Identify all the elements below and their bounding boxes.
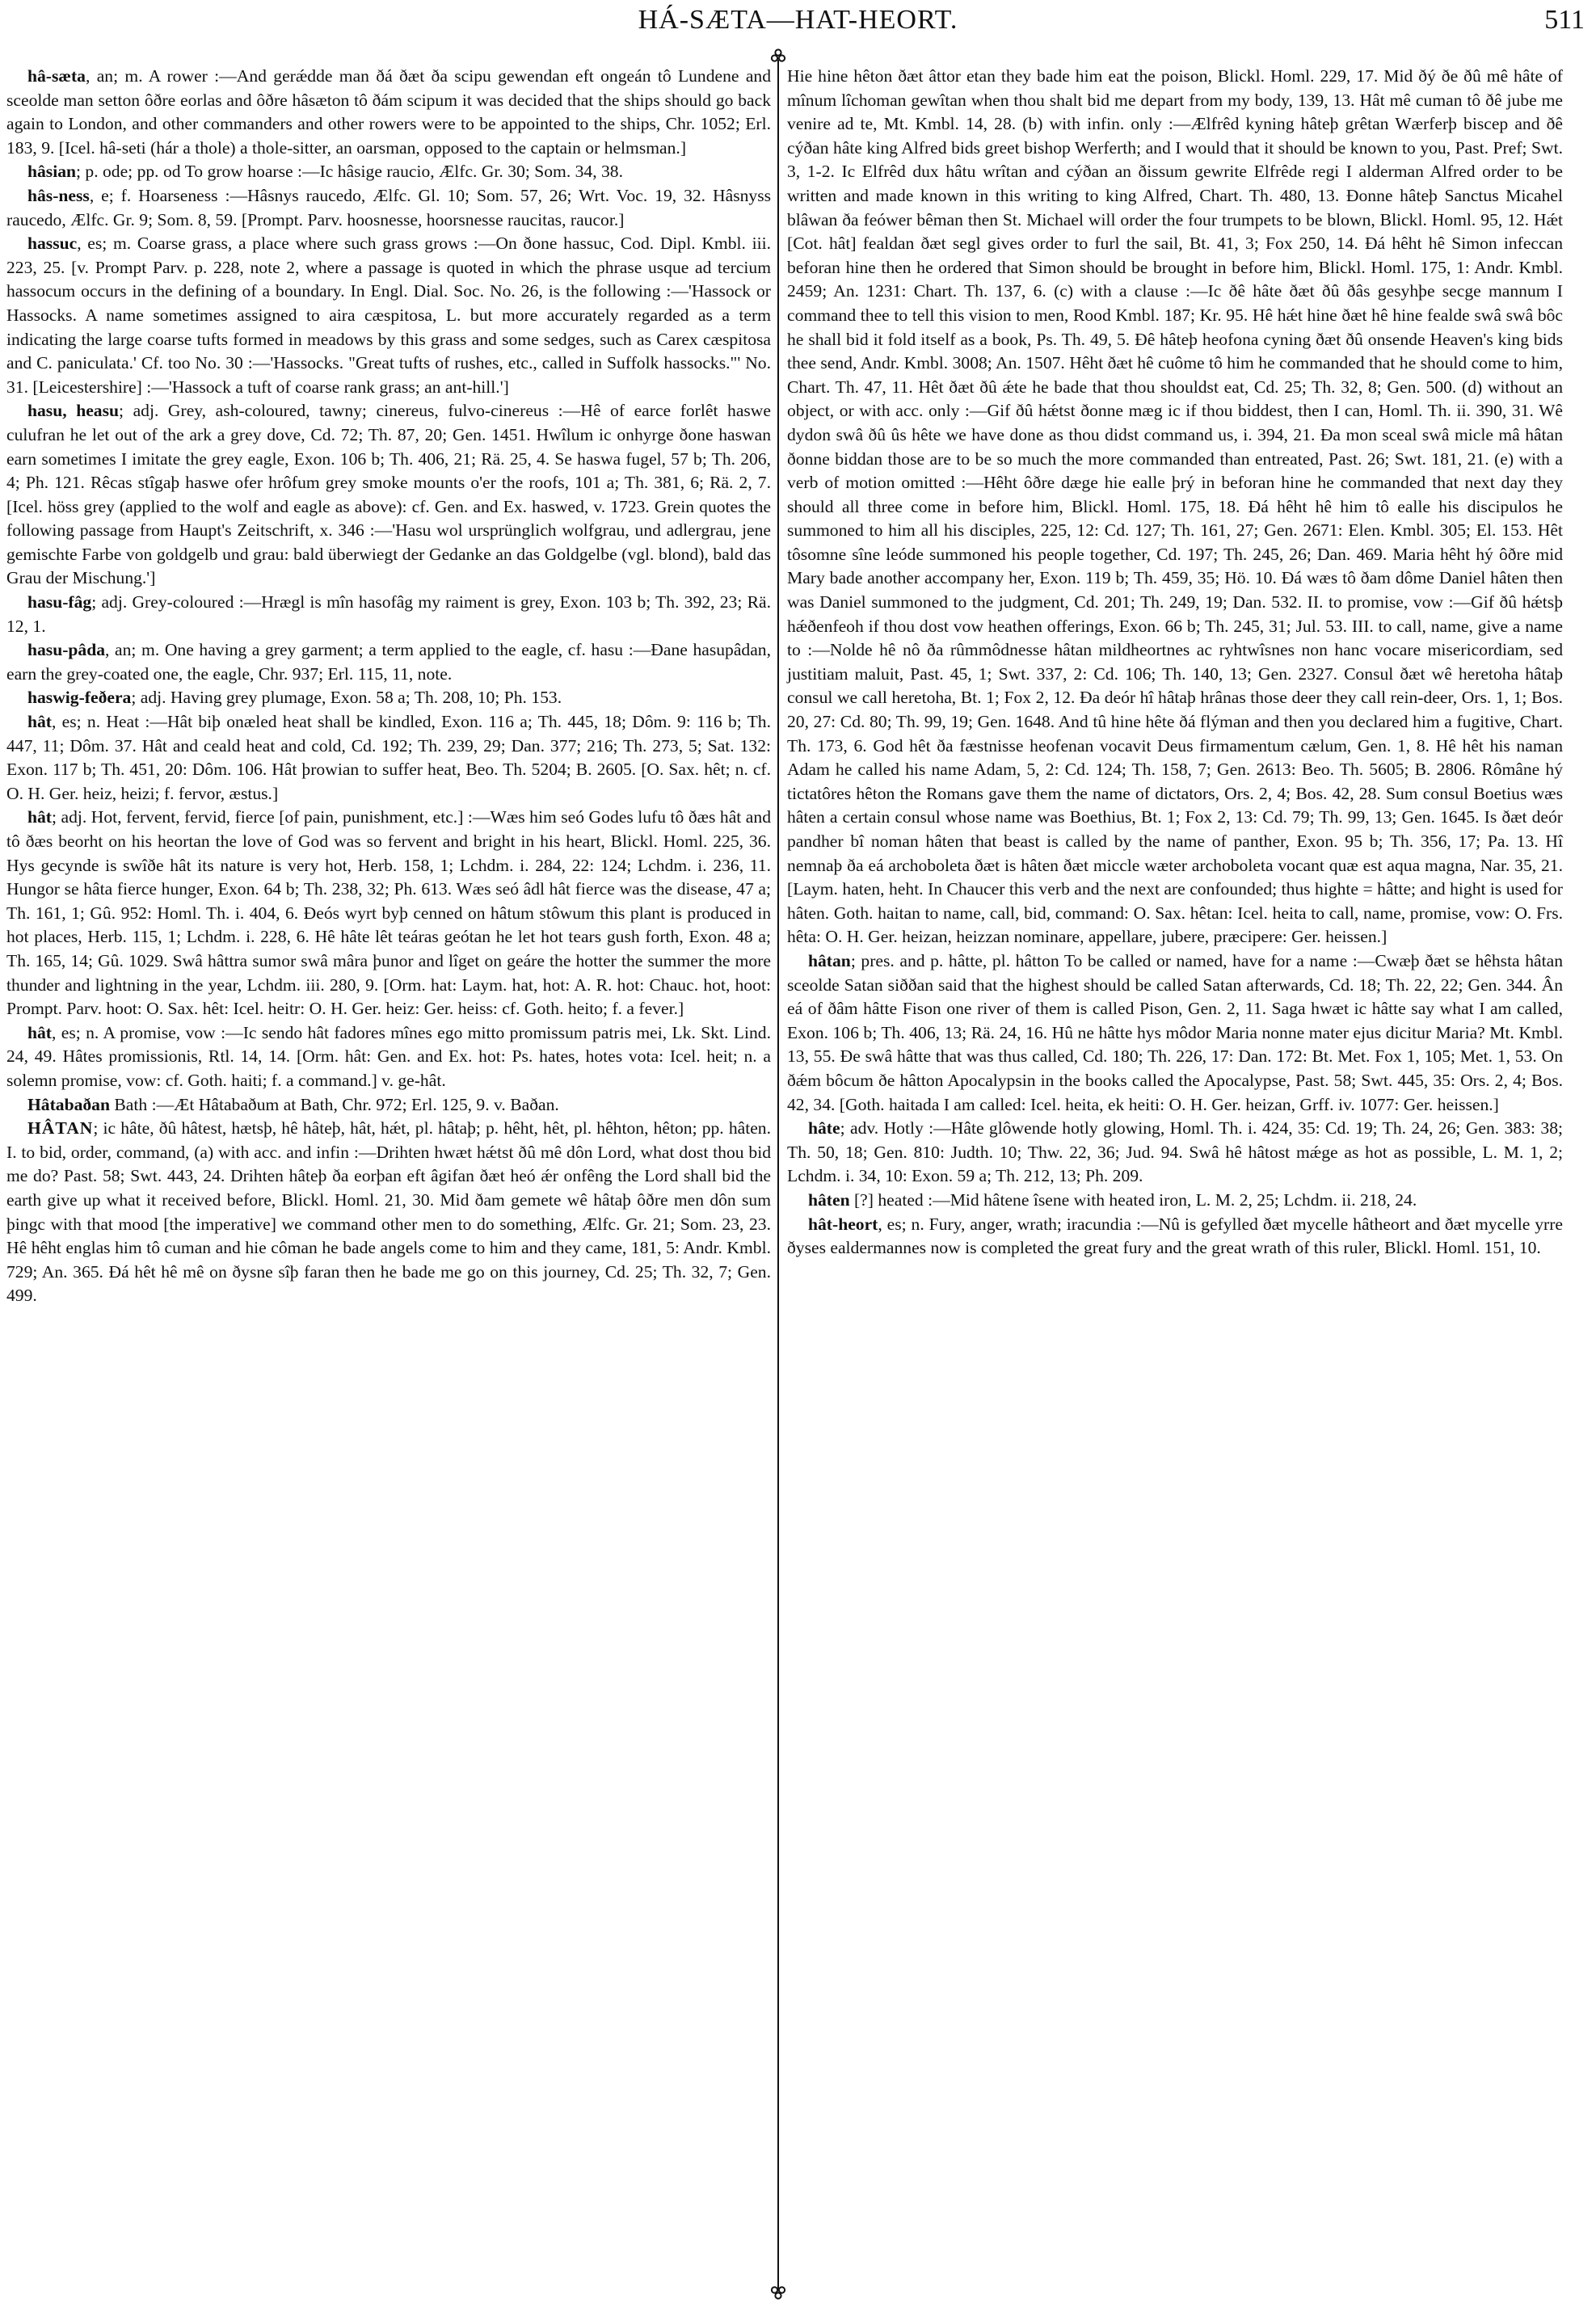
entry-body: , an; m. A rower :—And gerǽdde man ðá ðæ… (6, 66, 771, 158)
dictionary-entry: hâtan; pres. and p. hâtte, pl. hâtton To… (787, 949, 1563, 1117)
headword: hasu-fâg (27, 592, 91, 612)
entry-body: , e; f. Hoarseness :—Hâsnys raucedo, Ælf… (6, 186, 771, 229)
entry-body: ; adj. Hot, fervent, fervid, fierce [of … (6, 807, 771, 1018)
dictionary-entry: hât, es; n. A promise, vow :—Ic sendo hâ… (6, 1021, 771, 1093)
entry-body: ; p. ode; pp. od To grow hoarse :—Ic hâs… (76, 162, 623, 181)
dictionary-entry: hâten [?] heated :—Mid hâtene îsene with… (787, 1189, 1563, 1213)
entry-body: ; adj. Grey-coloured :—Hrægl is mîn haso… (6, 592, 771, 636)
entry-body: ; ic hâte, ðû hâtest, hætsþ, hê hâteþ, h… (6, 1118, 771, 1305)
headword: haswig-feðera (27, 688, 131, 707)
headword: hâ-sæta (27, 66, 86, 86)
entry-body: , es; n. Heat :—Hât biþ onæled heat shal… (6, 712, 771, 803)
headword: hâtan (808, 951, 851, 970)
entry-body: , es; m. Coarse grass, a place where suc… (6, 234, 771, 397)
column-rule-ornament-bottom-icon (770, 2280, 786, 2300)
headword: hât-heort (808, 1214, 878, 1234)
dictionary-entry: hât; adj. Hot, fervent, fervid, fierce [… (6, 806, 771, 1021)
entry-body: , an; m. One having a grey garment; a te… (6, 640, 771, 684)
dictionary-entry: hât, es; n. Heat :—Hât biþ onæled heat s… (6, 710, 771, 806)
headword: Hâtabaðan (27, 1095, 110, 1114)
right-column: Hie hine hêton ðæt âttor etan they bade … (787, 65, 1563, 1261)
headword: hât (27, 1023, 52, 1042)
dictionary-entry: HÂTAN; ic hâte, ðû hâtest, hætsþ, hê hât… (6, 1117, 771, 1308)
headword: hâten (808, 1190, 850, 1210)
entry-body: ; adv. Hotly :—Hâte glôwende hotly glowi… (787, 1118, 1563, 1185)
left-column: hâ-sæta, an; m. A rower :—And gerǽdde ma… (6, 65, 771, 1308)
entry-body: [?] heated :—Mid hâtene îsene with heate… (850, 1190, 1417, 1210)
dictionary-entry: hasu-fâg; adj. Grey-coloured :—Hrægl is … (6, 591, 771, 638)
page-header: HÁ-SÆTA—HAT-HEORT. 511 (0, 5, 1596, 40)
dictionary-entry: hâs-ness, e; f. Hoarseness :—Hâsnys rauc… (6, 184, 771, 232)
dictionary-entry: hâsian; p. ode; pp. od To grow hoarse :—… (6, 160, 771, 184)
entry-body: Hie hine hêton ðæt âttor etan they bade … (787, 66, 1563, 946)
entry-body: Bath :—Æt Hâtabaðum at Bath, Chr. 972; E… (110, 1095, 559, 1114)
headword: hâs-ness (27, 186, 90, 205)
headword: hâsian (27, 162, 76, 181)
dictionary-entry: haswig-feðera; adj. Having grey plumage,… (6, 686, 771, 710)
headword: hasu, heasu (27, 401, 119, 420)
headword: HÂTAN (27, 1118, 93, 1138)
dictionary-entry: hâ-sæta, an; m. A rower :—And gerǽdde ma… (6, 65, 771, 160)
dictionary-entry: hassuc, es; m. Coarse grass, a place whe… (6, 232, 771, 399)
dictionary-entry-continued: Hie hine hêton ðæt âttor etan they bade … (787, 65, 1563, 949)
dictionary-entry: hasu-pâda, an; m. One having a grey garm… (6, 638, 771, 686)
entry-body: , es; n. A promise, vow :—Ic sendo hât f… (6, 1023, 771, 1090)
entry-body: ; adj. Having grey plumage, Exon. 58 a; … (131, 688, 562, 707)
page-number: 511 (1544, 5, 1585, 36)
dictionary-entry: Hâtabaðan Bath :—Æt Hâtabaðum at Bath, C… (6, 1093, 771, 1118)
headword: hasu-pâda (27, 640, 105, 659)
entry-body: ; pres. and p. hâtte, pl. hâtton To be c… (787, 951, 1563, 1114)
headword: hâte (808, 1118, 840, 1138)
column-divider (777, 60, 779, 2290)
dictionary-entry: hâte; adv. Hotly :—Hâte glôwende hotly g… (787, 1117, 1563, 1189)
entry-body: ; adj. Grey, ash-coloured, tawny; cinere… (6, 401, 771, 587)
headword: hât (27, 712, 52, 731)
headword: hassuc (27, 234, 77, 253)
dictionary-entry: hasu, heasu; adj. Grey, ash-coloured, ta… (6, 399, 771, 591)
dictionary-entry: hât-heort, es; n. Fury, anger, wrath; ir… (787, 1213, 1563, 1261)
entry-body: , es; n. Fury, anger, wrath; iracundia :… (787, 1214, 1563, 1258)
headword: hât (27, 807, 52, 827)
running-head: HÁ-SÆTA—HAT-HEORT. (0, 5, 1596, 36)
